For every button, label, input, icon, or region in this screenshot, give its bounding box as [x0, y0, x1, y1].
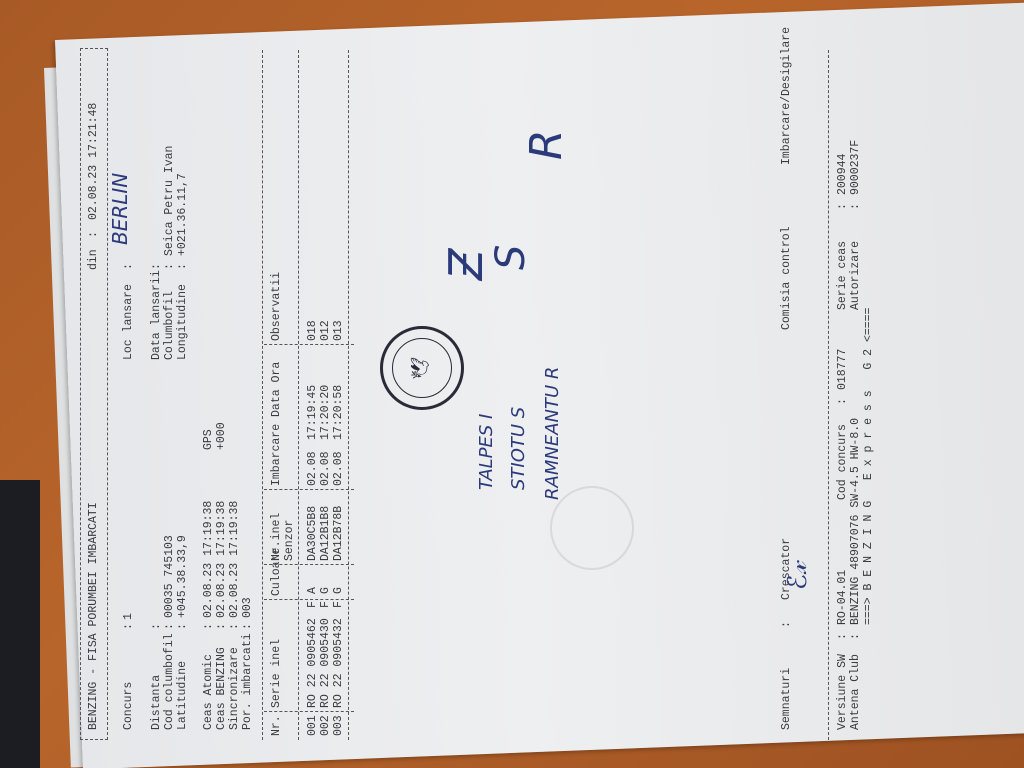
footer-divider	[828, 50, 829, 740]
table-header: Nr.inel Senzor	[270, 494, 296, 561]
column-divider	[264, 344, 354, 345]
columbofil-value: Seica Petru Ivan	[163, 146, 176, 256]
table-header: Culoare	[270, 569, 283, 596]
handwritten-initial-s: S	[505, 245, 518, 270]
concurs-value: 1	[122, 613, 135, 620]
row-nr: 002	[319, 715, 332, 736]
row-sex: F	[319, 601, 332, 608]
din-value: 02.08.23 17:21:48	[87, 103, 100, 220]
handwritten-initial-t: Ƶ	[460, 248, 473, 280]
row-obs: 013	[332, 320, 345, 341]
row-culoare: G	[332, 587, 345, 594]
clock-label: Por. imbarcati	[241, 633, 254, 730]
table-bottom	[348, 50, 349, 740]
clock-extra: +000	[215, 422, 228, 450]
boarding-sheet-content: BENZING - FISA PORUMBEI IMBARCATI din : …	[80, 40, 880, 740]
cod-concurs-value: 018777	[836, 349, 849, 390]
semnaturi-label: Semnaturi	[780, 668, 793, 730]
row-obs: 012	[319, 320, 332, 341]
row-ora: 17:20:58	[332, 385, 345, 440]
sep: :	[176, 263, 189, 270]
handwritten-line-1: TALPES I	[480, 414, 493, 490]
row-sex: F	[306, 601, 319, 608]
table-header: Serie inel	[270, 604, 283, 708]
row-data: 02.08	[319, 451, 332, 486]
cod-columbofil-value: 00035 745103	[163, 535, 176, 618]
handwritten-line-3: RAMNEANTU R	[546, 367, 559, 500]
longitudine-value: +021.36.11,7	[176, 173, 189, 256]
sep: :	[849, 203, 862, 210]
sep: :	[202, 623, 215, 630]
serie-ceas-value: 200944	[836, 154, 849, 195]
sep: :	[836, 398, 849, 405]
sep: :	[228, 623, 241, 630]
club-stamp: 🕊	[380, 326, 464, 410]
sep: :	[836, 203, 849, 210]
table-header: Observatii	[270, 54, 283, 341]
clock-value: 003	[241, 597, 254, 618]
row-culoare: A	[306, 587, 319, 594]
sep: :	[836, 633, 849, 640]
handwritten-initial-r: R	[540, 129, 553, 160]
row-ora: 17:19:45	[306, 385, 319, 440]
distanta-label: Distanta	[150, 675, 163, 730]
row-senzor: DA12B78B	[332, 506, 345, 561]
clock-label: Ceas Atomic	[202, 654, 215, 730]
row-senzor: DA12B1B8	[319, 506, 332, 561]
data-lansarii-label: Data lansarii	[150, 270, 163, 360]
sep: :	[150, 263, 163, 270]
sep: :	[176, 623, 189, 630]
loc-lansare-value: BERLIN	[114, 173, 127, 245]
versiune-label: Versiune SW	[836, 654, 849, 730]
crescator-signature: ℰ𝓍	[792, 562, 805, 590]
clock-value: 02.08.23 17:19:38	[202, 501, 215, 618]
sep: :	[780, 621, 793, 628]
latitudine-label: Latitudine	[176, 661, 189, 730]
row-senzor: DA30C5B8	[306, 506, 319, 561]
clock-value: 02.08.23 17:19:38	[228, 501, 241, 618]
column-divider	[264, 489, 354, 490]
latitudine-value: +045.38.33,9	[176, 535, 189, 618]
row-nr: 001	[306, 715, 319, 736]
antena-label: Antena Club	[849, 654, 862, 730]
concurs-sep: :	[122, 623, 135, 630]
row-serie: RO 22 0905462	[306, 618, 319, 708]
din-label: din	[87, 249, 100, 270]
clock-label: Ceas BENZING	[215, 647, 228, 730]
sep: :	[163, 623, 176, 630]
sep: :	[163, 263, 176, 270]
sep: :	[215, 623, 228, 630]
imbarcare-label: Imbarcare/Desigilare	[780, 27, 793, 165]
row-data: 02.08	[332, 451, 345, 486]
brand-line: ===> B E N Z I N G E x p r e s s G 2 <==…	[862, 308, 875, 625]
serie-ceas-label: Serie ceas	[836, 241, 849, 310]
row-nr: 003	[332, 715, 345, 736]
handwritten-line-2: STIOTU S	[512, 407, 525, 490]
sep: :	[150, 623, 163, 630]
dove-icon: 🕊	[392, 338, 452, 398]
row-sex: F	[332, 601, 345, 608]
din-sep: :	[87, 231, 100, 238]
row-culoare: G	[319, 587, 332, 594]
sep: :	[849, 633, 862, 640]
versiune-value: RO-04.01	[836, 570, 849, 625]
antena-value: BENZING 48907076 SW-4.5 HW-8.0	[849, 418, 862, 625]
doc-title: BENZING - FISA PORUMBEI IMBARCATI	[87, 502, 100, 730]
row-serie: RO 22 0905432	[332, 618, 345, 708]
row-obs: 018	[306, 320, 319, 341]
column-divider	[264, 711, 354, 712]
autorizare-label: Autorizare	[849, 241, 862, 310]
row-data: 02.08	[306, 451, 319, 486]
loc-lansare-label: Loc lansare	[122, 284, 135, 360]
cod-concurs-label: Cod concurs	[836, 424, 849, 500]
clock-value: 02.08.23 17:19:38	[215, 501, 228, 618]
table-header: Imbarcare Data Ora	[270, 349, 283, 486]
clock-extra: GPS	[202, 429, 215, 450]
longitudine-label: Longitudine	[176, 284, 189, 360]
header-divider	[298, 50, 299, 740]
concurs-label: Concurs	[122, 682, 135, 730]
column-divider	[264, 564, 354, 565]
column-divider	[264, 599, 354, 600]
clock-label: Sincronizare	[228, 647, 241, 730]
autorizare-value: 9000237F	[849, 140, 862, 195]
comisia-label: Comisia control	[780, 226, 793, 330]
row-ora: 17:20:20	[319, 385, 332, 440]
columbofil-label: Columbofil	[163, 291, 176, 360]
divider	[262, 50, 263, 740]
sep: :	[241, 623, 254, 630]
desk-edge	[0, 480, 40, 768]
cod-columbofil-label: Cod columbofil	[163, 633, 176, 730]
loc-sep: :	[122, 263, 135, 270]
table-header: Nr.	[270, 716, 283, 736]
row-serie: RO 22 0905430	[319, 618, 332, 708]
